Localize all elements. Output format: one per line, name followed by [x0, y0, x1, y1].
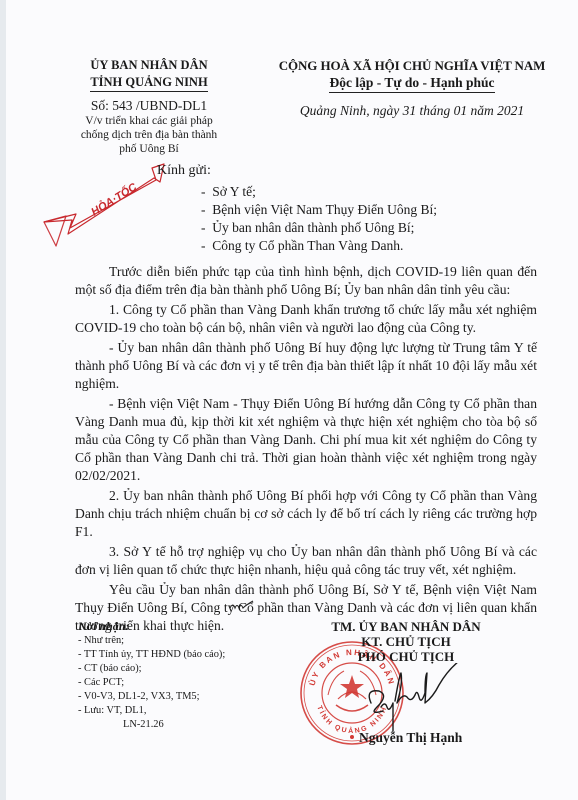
issuing-agency-block: ỦY BAN NHÂN DÂN TỈNH QUẢNG NINH Số: 543 …: [64, 58, 234, 156]
distribution-item: - Các PCT;: [78, 676, 225, 690]
document-page: ỦY BAN NHÂN DÂN TỈNH QUẢNG NINH Số: 543 …: [0, 0, 578, 800]
recipient-item: Bệnh viện Việt Nam Thụy Điển Uông Bí;: [201, 201, 437, 219]
body-paragraph: Trước diễn biến phức tạp của tình hình b…: [75, 263, 537, 299]
subject-line: V/v triển khai các giải pháp: [64, 114, 234, 128]
agency-name-line1: ỦY BAN NHÂN DÂN: [64, 58, 234, 73]
handwritten-initials-icon: [228, 598, 268, 612]
document-number: Số: 543 /UBND-DL1: [64, 98, 234, 114]
signature-title-line3: PHÓ CHỦ TỊCH: [306, 649, 506, 664]
salutation: Kính gửi:: [157, 163, 211, 179]
urgent-arrow-stamp-icon: HỎA·TỐC: [36, 158, 166, 254]
document-body: Trước diễn biến phức tạp của tình hình b…: [75, 263, 537, 637]
signature-title-line2: KT. CHỦ TỊCH: [306, 634, 506, 649]
body-paragraph: - Bệnh viện Việt Nam - Thụy Điển Uông Bí…: [75, 395, 537, 485]
recipient-item: Công ty Cổ phần Than Vàng Danh.: [201, 237, 437, 255]
nation-title: CỘNG HOÀ XÃ HỘI CHỦ NGHĨA VIỆT NAM: [252, 58, 572, 74]
body-paragraph: 1. Công ty Cổ phần than Vàng Danh khẩn t…: [75, 301, 537, 337]
agency-name-line2: TỈNH QUẢNG NINH: [90, 75, 207, 92]
recipient-item: Ủy ban nhân dân thành phố Uông Bí;: [201, 219, 437, 237]
signature-title-line1: TM. ỦY BAN NHÂN DÂN: [306, 619, 506, 634]
distribution-item: - Như trên;: [78, 634, 225, 648]
subject-line: phố Uông Bí: [64, 142, 234, 156]
handwritten-signature-icon: [361, 663, 481, 738]
recipient-item: Sở Y tế;: [201, 183, 437, 201]
body-paragraph: 2. Ủy ban nhân thành phố Uông Bí phối hợ…: [75, 487, 537, 541]
body-paragraph: 3. Sở Y tế hỗ trợ nghiệp vụ cho Ủy ban n…: [75, 543, 537, 579]
national-header-block: CỘNG HOÀ XÃ HỘI CHỦ NGHĨA VIỆT NAM Độc l…: [252, 58, 572, 119]
body-paragraph: - Ủy ban nhân dân thành phố Uông Bí huy …: [75, 339, 537, 393]
distribution-item: - TT Tỉnh ủy, TT HĐND (báo cáo);: [78, 648, 225, 662]
urgent-stamp-text: HỎA·TỐC: [89, 180, 140, 219]
national-motto: Độc lập - Tự do - Hạnh phúc: [329, 75, 494, 93]
document-subject: V/v triển khai các giải pháp chống dịch …: [64, 114, 234, 156]
distribution-item: - V0-V3, DL1-2, VX3, TM5;: [78, 690, 225, 704]
archive-code: LN-21.26: [78, 718, 225, 732]
recipient-list: Sở Y tế; Bệnh viện Việt Nam Thụy Điển Uô…: [201, 183, 437, 255]
subject-line: chống dịch trên địa bàn thành: [64, 128, 234, 142]
place-date: Quảng Ninh, ngày 31 tháng 01 năm 2021: [252, 103, 572, 119]
distribution-list: Nơi nhận: - Như trên; - TT Tỉnh ủy, TT H…: [78, 619, 225, 732]
distribution-title: Nơi nhận:: [78, 619, 225, 634]
distribution-item: - Lưu: VT, DL1,: [78, 704, 225, 718]
distribution-item: - CT (báo cáo);: [78, 662, 225, 676]
signer-name: Nguyễn Thị Hạnh: [359, 730, 462, 746]
signature-block: TM. ỦY BAN NHÂN DÂN KT. CHỦ TỊCH PHÓ CHỦ…: [306, 619, 506, 664]
